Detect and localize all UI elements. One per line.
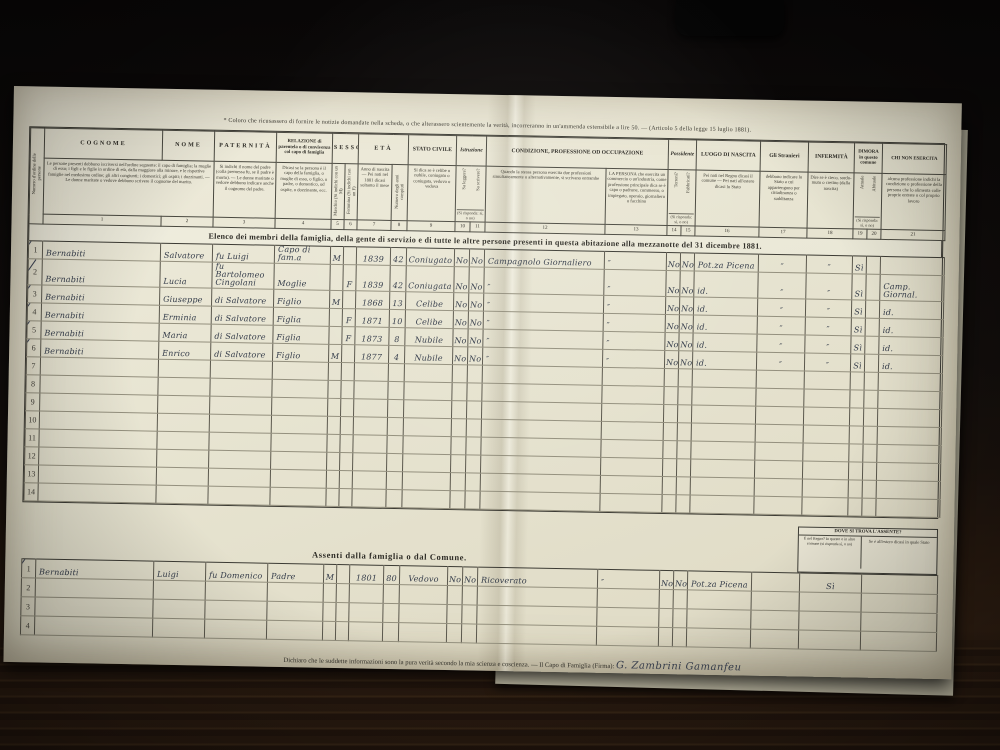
data-cell: Salvatore: [160, 243, 212, 262]
data-cell: [465, 491, 480, 509]
data-cell: 80: [383, 566, 399, 585]
data-cell: [798, 630, 860, 650]
anno-nascita-desc: Anno di nascita — Pei nati nel 1881 dica…: [357, 164, 392, 221]
col-infermita-label: INFERMITÀ: [808, 142, 855, 173]
row-number-cell: 13: [24, 465, 38, 483]
data-cell: [210, 378, 272, 397]
data-cell: [481, 419, 601, 439]
data-cell: Celibe: [405, 310, 453, 329]
column-number: 3: [213, 217, 275, 228]
data-cell: [38, 465, 156, 485]
data-cell: [328, 363, 341, 381]
data-cell: [861, 612, 937, 632]
col-possidente-label: Possidente: [668, 140, 697, 171]
data-cell: [477, 586, 597, 607]
data-cell: [687, 609, 751, 629]
form-content: * Coloro che ricusassero di fornire le n…: [20, 92, 946, 673]
data-cell: [662, 459, 676, 477]
data-cell: [677, 423, 691, 441]
data-cell: [340, 417, 353, 435]
data-cell: [158, 395, 210, 414]
infermita-desc: Dire se è cieco, sordo-muto o cretino (d…: [807, 172, 854, 229]
data-cell: fu Domenico: [205, 562, 267, 582]
data-cell: 1801: [349, 565, 383, 585]
data-cell: [659, 590, 673, 609]
data-cell: Sì: [850, 354, 864, 372]
folder-clip: [676, 0, 784, 36]
data-cell: [690, 459, 754, 478]
data-cell: [352, 489, 386, 508]
data-cell: ″: [603, 296, 665, 315]
data-cell: [327, 435, 340, 453]
data-cell: Lucia: [160, 261, 212, 288]
data-cell: [597, 588, 659, 608]
data-cell: id.: [879, 319, 943, 338]
data-cell: [38, 483, 156, 503]
data-cell: [750, 629, 798, 649]
data-cell: [349, 603, 383, 623]
data-cell: ″: [483, 311, 603, 331]
stato-civile-desc: Si dica se è celibe o nubile, coniugato …: [407, 165, 456, 222]
col-luogo-nascita-label: LUOGO DI NASCITA: [696, 140, 761, 171]
data-cell: [353, 435, 387, 454]
data-cell: id.: [879, 301, 943, 320]
data-cell: di Salvatore: [211, 342, 273, 361]
data-cell: [40, 393, 158, 413]
data-cell: [209, 432, 271, 451]
data-cell: [348, 622, 382, 642]
row-number-cell: 4: [20, 616, 34, 635]
data-cell: Luigi: [153, 561, 205, 581]
data-cell: ″: [758, 254, 806, 273]
data-cell: Bernabiti: [41, 303, 159, 323]
data-cell: [482, 383, 602, 403]
data-cell: [39, 411, 157, 431]
col-eta-label: ETÀ: [358, 134, 409, 165]
data-cell: [336, 565, 349, 584]
data-cell: [272, 362, 328, 381]
data-cell: 1873: [355, 327, 389, 346]
data-cell: [866, 274, 880, 300]
data-cell: Moglie: [274, 264, 330, 291]
data-cell: [270, 469, 326, 488]
data-cell: [691, 441, 755, 460]
data-cell: [450, 455, 465, 473]
data-cell: Sì: [851, 318, 865, 336]
data-cell: No: [453, 293, 468, 311]
data-cell: ″: [484, 267, 604, 295]
data-cell: [208, 486, 270, 505]
data-cell: No: [666, 253, 680, 271]
data-cell: [804, 389, 850, 408]
data-cell: [600, 458, 662, 477]
col-sesso-label: SESSO: [332, 133, 359, 163]
data-cell: [751, 572, 799, 592]
data-cell: [466, 401, 481, 419]
data-cell: [404, 382, 452, 401]
data-cell: [323, 602, 336, 621]
data-cell: [383, 604, 399, 623]
column-number: 10: [455, 222, 470, 232]
row-number-cell: 12: [25, 447, 39, 465]
data-cell: ″: [483, 329, 603, 349]
data-cell: ″: [804, 353, 850, 372]
femmina-header: Femmina (Si indichi con un F): [344, 164, 358, 220]
data-cell: [402, 490, 450, 509]
data-cell: [452, 383, 467, 401]
data-cell: [387, 418, 403, 436]
data-cell: [204, 619, 266, 639]
data-cell: Bernabiti: [41, 339, 159, 359]
data-cell: [754, 496, 802, 515]
col-istruzione-label: Istruzione: [456, 136, 487, 167]
data-cell: [403, 436, 451, 455]
luogo-nascita-desc: Pei nati nel Regno dicasi il comune — Pe…: [695, 170, 760, 227]
data-cell: 1839: [356, 247, 390, 266]
data-cell: [480, 455, 600, 475]
data-cell: [467, 383, 482, 401]
data-cell: [659, 609, 673, 628]
data-cell: Pot.za Picena: [687, 571, 751, 591]
row-number-cell: 7: [26, 357, 40, 375]
data-cell: [663, 441, 677, 459]
data-cell: fu Bartolomeo Cingolani: [212, 262, 274, 289]
data-cell: [673, 609, 687, 628]
data-cell: [339, 489, 352, 507]
col-stato-civile-label: STATO CIVILE: [408, 135, 457, 166]
row-number-cell: 3: [21, 597, 35, 616]
data-cell: Sì: [852, 274, 866, 300]
data-cell: Sì: [852, 256, 866, 274]
data-cell: [664, 369, 678, 387]
data-cell: [756, 370, 804, 389]
row-number-cell: 14: [24, 483, 38, 501]
dimora-attuale-label: Attuale: [859, 176, 864, 190]
data-cell: F: [342, 309, 355, 327]
data-cell: [402, 472, 450, 491]
data-cell: id.: [694, 271, 758, 298]
data-cell: ″: [597, 569, 659, 589]
data-cell: [755, 406, 803, 425]
data-cell: [327, 417, 340, 435]
data-cell: No: [665, 315, 679, 333]
data-cell: Erminia: [159, 305, 211, 324]
data-cell: [342, 291, 355, 309]
row-number-cell: 4: [27, 303, 41, 321]
data-cell: [208, 468, 270, 487]
absent-in-regno-header: È nel Regno? In questo o in altro comune…: [798, 536, 861, 569]
data-cell: [339, 471, 352, 489]
data-cell: [330, 265, 343, 291]
data-cell: [865, 336, 879, 354]
data-cell: [343, 247, 356, 265]
data-cell: [386, 490, 402, 508]
data-cell: No: [673, 571, 687, 590]
data-cell: [673, 590, 687, 609]
data-cell: 1877: [354, 345, 388, 364]
data-cell: ″: [805, 299, 851, 318]
data-cell: [803, 407, 849, 426]
data-cell: [322, 621, 335, 640]
col-nome-label: NOME: [162, 130, 215, 161]
data-cell: [323, 583, 336, 602]
data-cell: [467, 365, 482, 383]
column-number: 9: [407, 221, 455, 232]
data-cell: [600, 494, 662, 513]
data-cell: [686, 628, 750, 648]
form-table-frame: Numero d'ordine delle persone COGNOME NO…: [22, 126, 945, 519]
data-cell: [205, 581, 267, 601]
data-cell: [860, 631, 936, 651]
data-cell: [880, 257, 944, 276]
condizione-desc: Quando la stessa persona esercita due pr…: [485, 166, 606, 224]
data-cell: [480, 473, 600, 493]
column-number: 5: [331, 220, 344, 230]
data-cell: No: [680, 271, 694, 297]
data-cell: fu Luigi: [212, 244, 274, 263]
chi-non-esercita-desc: alcuna professione indichi la condizione…: [881, 173, 946, 230]
data-cell: [850, 390, 864, 408]
data-cell: [447, 586, 462, 605]
data-cell: ″: [483, 293, 603, 313]
data-cell: [601, 422, 663, 441]
data-cell: [804, 371, 850, 390]
data-cell: [157, 413, 209, 432]
absent-estero-header: Se è all'estero dicasi in quale Stato: [861, 537, 937, 570]
data-cell: [751, 610, 799, 630]
column-number: 19: [853, 229, 867, 239]
data-cell: [402, 454, 450, 473]
data-cell: [862, 462, 876, 480]
data-cell: [156, 485, 208, 504]
data-cell: [865, 300, 879, 318]
data-cell: [848, 480, 862, 498]
data-cell: No: [664, 351, 678, 369]
col-stranieri-label: Gli Stranieri: [760, 141, 809, 172]
data-cell: Bernabiti: [35, 559, 153, 580]
data-cell: ″: [603, 314, 665, 333]
data-cell: [399, 604, 447, 624]
data-cell: [388, 364, 404, 382]
data-cell: M: [330, 247, 343, 265]
data-cell: Maria: [159, 323, 211, 342]
data-cell: ″: [604, 252, 666, 271]
data-cell: No: [679, 333, 693, 351]
data-cell: F: [343, 265, 356, 291]
data-cell: [341, 381, 354, 399]
data-cell: [451, 437, 466, 455]
data-cell: [270, 487, 326, 506]
data-cell: [327, 453, 340, 471]
data-cell: [678, 369, 692, 387]
data-cell: id.: [692, 351, 756, 370]
data-cell: Campagnolo Giornaliero: [484, 249, 604, 269]
data-cell: [691, 423, 755, 442]
data-cell: M: [328, 345, 341, 363]
data-cell: [690, 477, 754, 496]
data-cell: ″: [757, 298, 805, 317]
data-cell: [691, 405, 755, 424]
data-cell: [466, 437, 481, 455]
data-cell: [271, 451, 327, 470]
row-number-label: Numero d'ordine delle persone: [31, 148, 42, 198]
data-cell: 1868: [355, 291, 389, 310]
data-cell: [335, 622, 348, 641]
census-form-sheet: * Coloro che ricusassero di fornire le n…: [3, 86, 961, 679]
data-cell: ″: [756, 352, 804, 371]
data-cell: No: [453, 329, 468, 347]
data-cell: [861, 593, 937, 613]
data-cell: Giuseppe: [160, 287, 212, 306]
data-cell: [340, 453, 353, 471]
data-cell: No: [453, 311, 468, 329]
data-cell: Sì: [851, 336, 865, 354]
column-number: 16: [695, 226, 759, 237]
data-cell: Pot.za Picena: [694, 253, 758, 272]
data-cell: [34, 616, 152, 637]
data-cell: [802, 461, 848, 480]
dimora-desc: AttualeAbituale (Si risponda: sì, o no): [853, 173, 882, 230]
data-cell: No: [679, 297, 693, 315]
data-cell: Figlia: [273, 308, 329, 327]
data-cell: id.: [693, 315, 757, 334]
data-cell: ″: [602, 350, 664, 369]
data-cell: [481, 437, 601, 457]
data-cell: [462, 605, 477, 624]
data-cell: [466, 419, 481, 437]
data-cell: [156, 467, 208, 486]
data-cell: [387, 436, 403, 454]
la-persona-desc: LA PERSONA che esercita un commercio o u…: [605, 168, 668, 225]
data-cell: [158, 359, 210, 378]
data-cell: [158, 377, 210, 396]
data-cell: [861, 574, 937, 594]
dimora-abituale-label: Abituale: [871, 176, 876, 192]
data-cell: [602, 386, 664, 405]
data-cell: Vedovo: [399, 566, 447, 586]
data-cell: [692, 387, 756, 406]
data-cell: No: [469, 249, 484, 267]
data-cell: [40, 357, 158, 377]
terreni-label: Terreni?: [673, 172, 678, 187]
data-cell: [157, 449, 209, 468]
data-cell: [399, 585, 447, 605]
data-cell: Sì: [799, 573, 861, 593]
data-cell: 8: [389, 328, 405, 346]
data-cell: No: [659, 571, 673, 590]
data-cell: [340, 399, 353, 417]
row-number-cell: 11: [25, 429, 39, 447]
data-cell: No: [666, 271, 680, 297]
col-paternita-label: PATERNITÀ: [214, 131, 277, 162]
stranieri-desc: debbono indicare lo Stato a cui apparten…: [759, 171, 808, 228]
data-cell: Coniugato: [406, 248, 454, 267]
data-cell: [850, 372, 864, 390]
data-cell: [755, 424, 803, 443]
data-cell: [596, 626, 658, 646]
data-cell: Sì: [851, 300, 865, 318]
data-cell: [266, 620, 322, 640]
data-cell: [153, 580, 205, 600]
data-cell: No: [679, 315, 693, 333]
column-number: 7: [357, 220, 391, 231]
data-cell: [450, 491, 465, 509]
data-cell: Bernabiti: [42, 259, 160, 287]
data-cell: [482, 365, 602, 385]
data-cell: 42: [390, 248, 406, 266]
data-cell: ″: [758, 272, 806, 299]
data-cell: [658, 628, 672, 647]
data-cell: [271, 433, 327, 452]
data-cell: id.: [693, 297, 757, 316]
data-cell: [383, 585, 399, 604]
data-cell: [354, 381, 388, 400]
data-cell: [353, 453, 387, 472]
data-cell: 13: [389, 292, 405, 310]
data-cell: [39, 447, 157, 467]
column-number: 21: [881, 230, 945, 241]
column-number: 13: [605, 225, 667, 236]
data-cell: [663, 405, 677, 423]
sa-leggere-label: Sa leggere?: [461, 168, 466, 189]
data-cell: [600, 476, 662, 495]
data-cell: Enrico: [159, 341, 211, 360]
data-cell: Nubile: [405, 328, 453, 347]
data-cell: [864, 390, 878, 408]
data-cell: [676, 477, 690, 495]
data-cell: [602, 368, 664, 387]
data-cell: ″: [806, 273, 852, 300]
data-cell: [329, 309, 342, 327]
data-cell: di Salvatore: [211, 288, 273, 307]
possidente-desc: Terreni?Fabbricati? (Si risponda: sì, o …: [667, 170, 696, 227]
column-number: 14: [667, 226, 681, 236]
data-cell: [353, 399, 387, 418]
data-cell: [692, 369, 756, 388]
data-cell: [354, 363, 388, 382]
data-cell: [878, 373, 942, 392]
data-cell: [326, 471, 339, 489]
data-cell: ″: [757, 334, 805, 353]
data-cell: [398, 623, 446, 643]
data-cell: [876, 499, 940, 518]
data-cell: di Salvatore: [211, 306, 273, 325]
row-number-cell: 1: [28, 241, 42, 259]
data-cell: [341, 345, 354, 363]
data-cell: [754, 478, 802, 497]
data-cell: [461, 624, 476, 643]
data-cell: [328, 381, 341, 399]
data-cell: [209, 414, 271, 433]
data-cell: Camp. Giornal.: [880, 275, 944, 302]
data-cell: [849, 444, 863, 462]
data-cell: [848, 498, 862, 516]
col-dimora-label: DIMORA in questo comune: [854, 143, 883, 174]
data-cell: [876, 463, 940, 482]
column-number: 18: [807, 228, 853, 239]
data-cell: No: [447, 567, 462, 586]
data-cell: 1871: [355, 309, 389, 328]
data-cell: [799, 611, 861, 631]
column-number: 8: [391, 221, 407, 231]
data-cell: [662, 477, 676, 495]
data-cell: [877, 409, 941, 428]
data-cell: Ricoverato: [477, 567, 597, 588]
data-cell: [39, 429, 157, 449]
data-cell: No: [468, 311, 483, 329]
data-cell: [452, 365, 467, 383]
data-cell: di Salvatore: [211, 324, 273, 343]
